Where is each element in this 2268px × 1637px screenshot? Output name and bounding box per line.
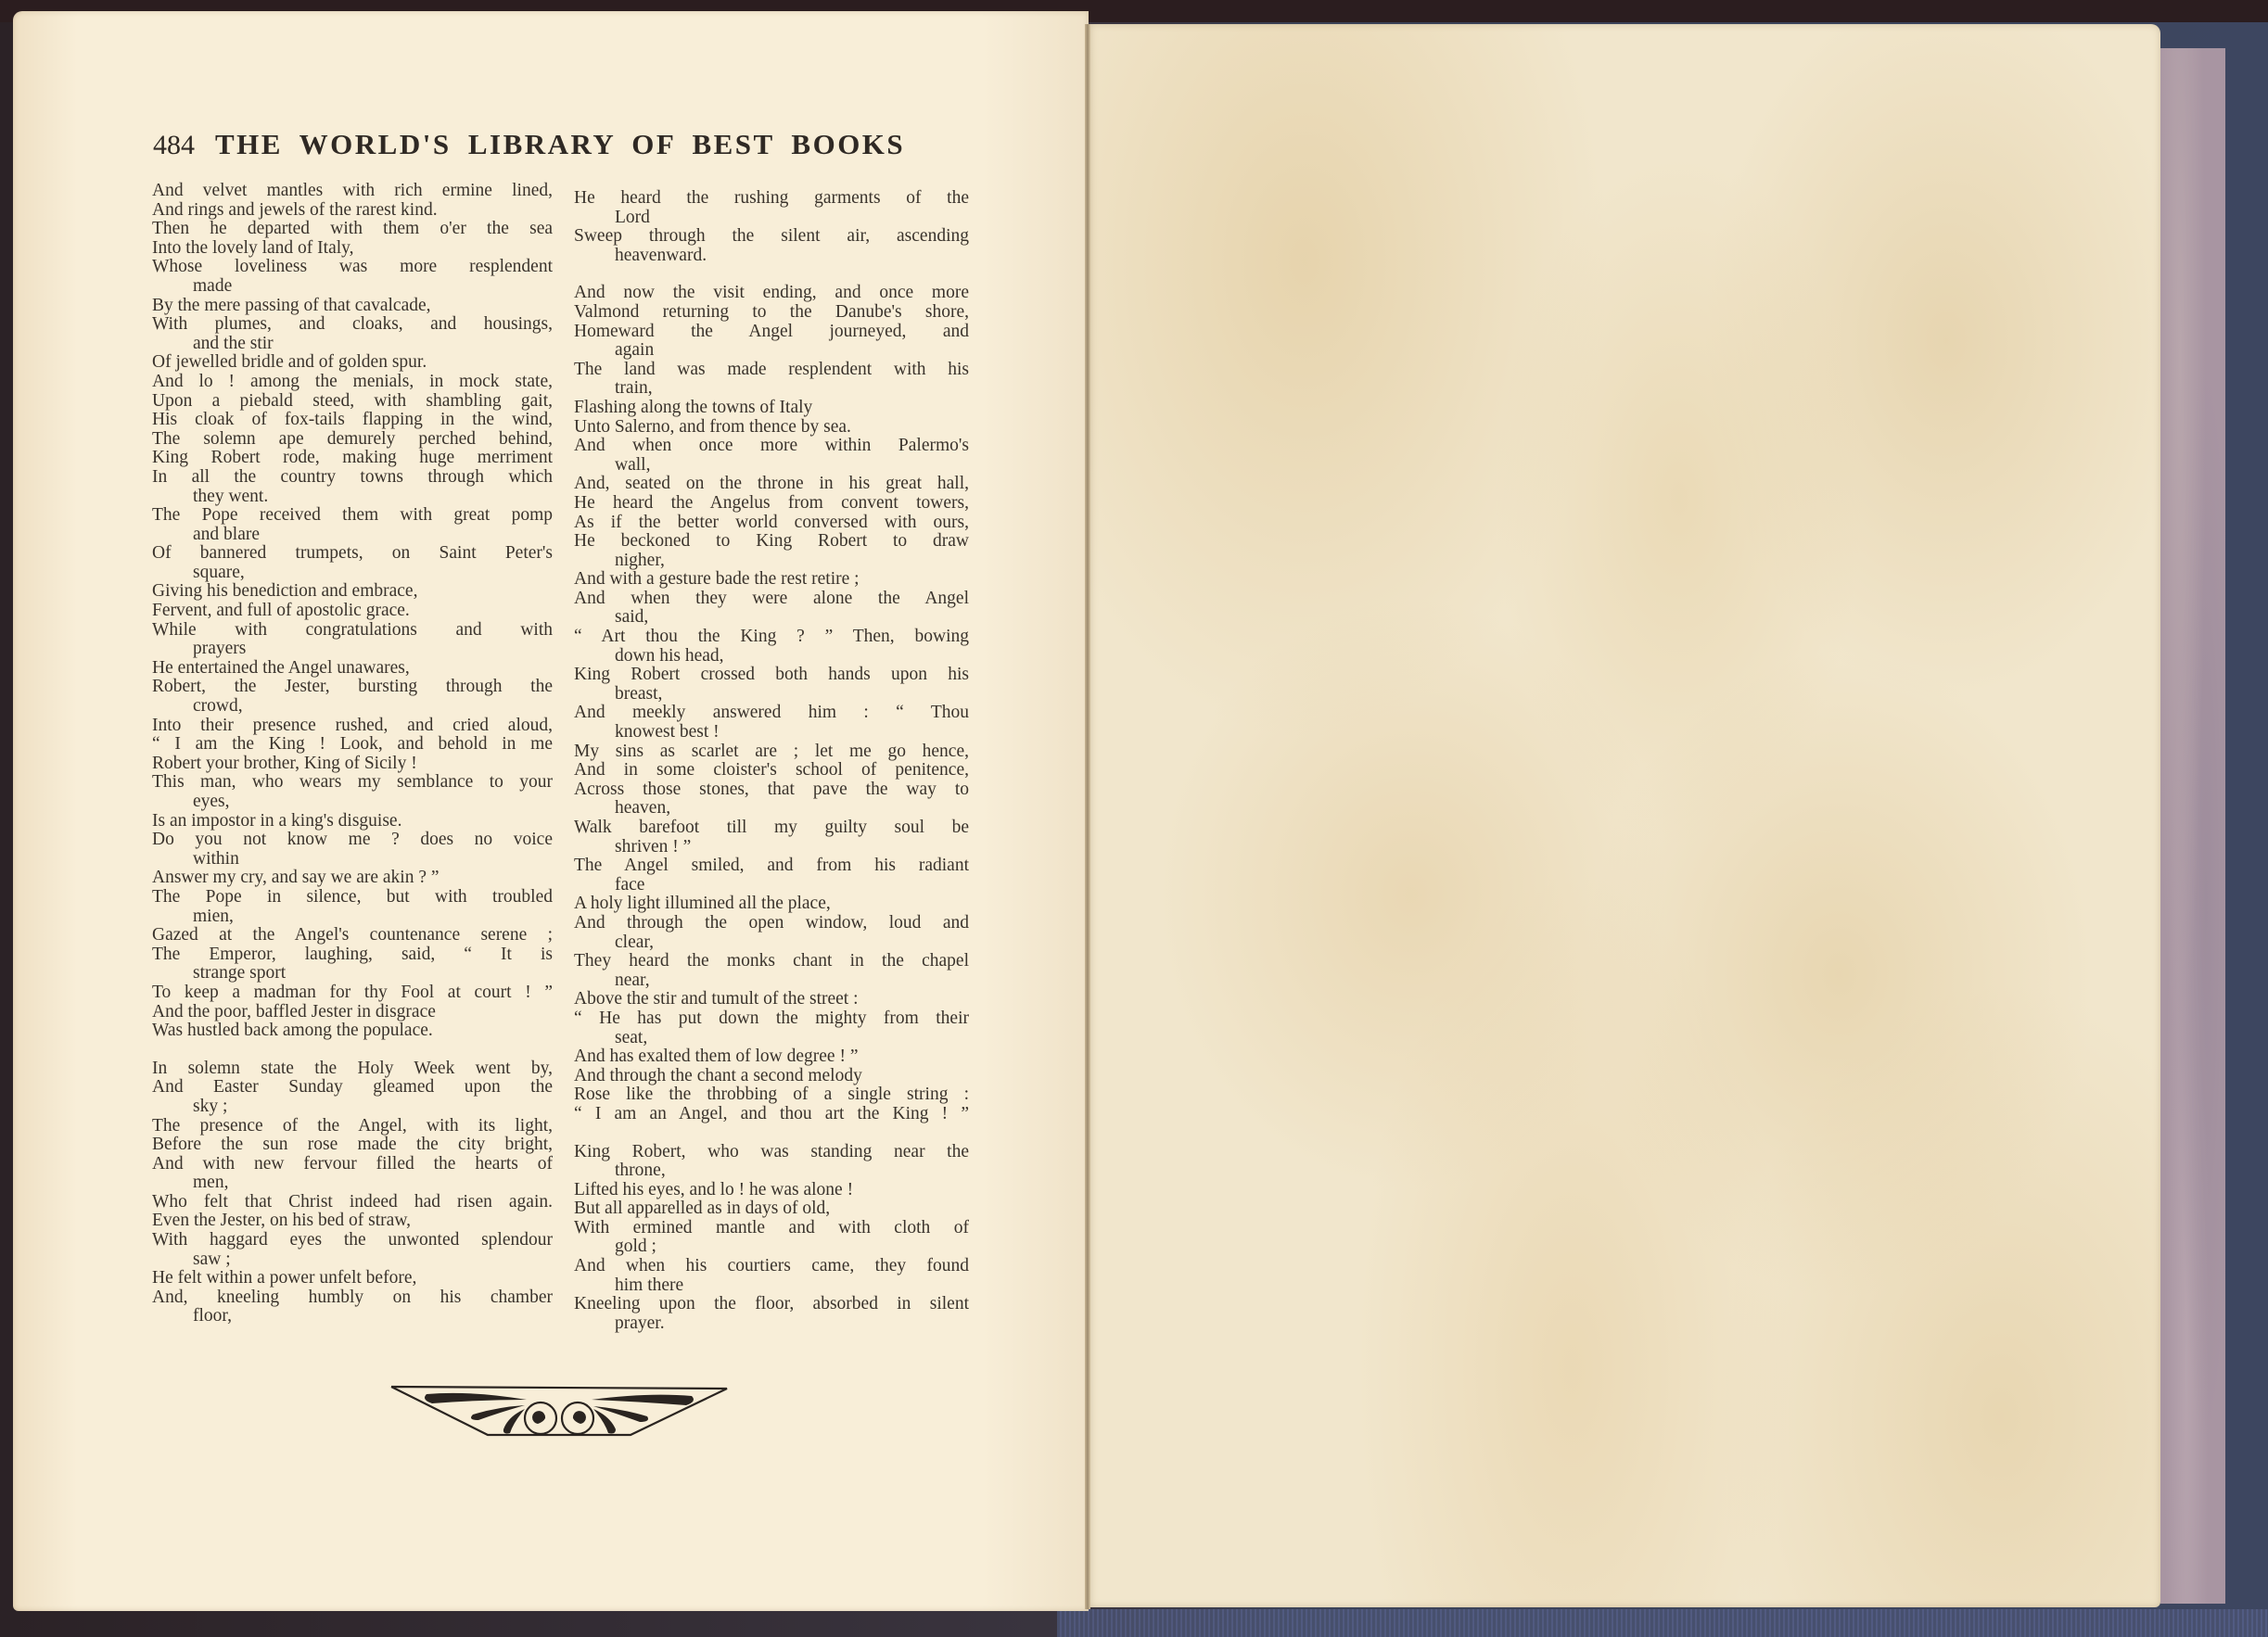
poem-line: Do you not know me ? does no voice: [152, 831, 553, 850]
poem-line: Even the Jester, on his bed of straw,: [152, 1212, 553, 1231]
poem-line-continuation: breast,: [574, 685, 969, 704]
poem-line: In solemn state the Holy Week went by,: [152, 1060, 553, 1079]
poem-line: And has exalted them of low degree ! ”: [574, 1047, 969, 1067]
marbled-endpaper: [2160, 48, 2225, 1604]
poem-line: With haggard eyes the unwonted splendour: [152, 1231, 553, 1250]
poem-line-continuation: him there: [574, 1276, 969, 1296]
poem-line: Robert your brother, King of Sicily !: [152, 755, 553, 774]
poem-line: In all the country towns through which: [152, 468, 553, 488]
poem-line: A holy light illumined all the place,: [574, 895, 969, 914]
poem-line-continuation: floor,: [152, 1307, 553, 1326]
poem-line-continuation: throne,: [574, 1161, 969, 1181]
poem-line-continuation: near,: [574, 971, 969, 991]
poem-line: “ I am an Angel, and thou art the King !…: [574, 1105, 969, 1124]
poem-line: And with a gesture bade the rest retire …: [574, 570, 969, 590]
poem-line: The presence of the Angel, with its ligh…: [152, 1117, 553, 1136]
poem-line-continuation: knowest best !: [574, 723, 969, 742]
poem-line: He entertained the Angel unawares,: [152, 659, 553, 679]
poem-line-continuation: wall,: [574, 456, 969, 476]
poem-line-continuation: sky ;: [152, 1098, 553, 1117]
poem-line: And velvet mantles with rich ermine line…: [152, 182, 553, 201]
poem-line-continuation: made: [152, 277, 553, 297]
poem-line-continuation: and blare: [152, 526, 553, 545]
poem-line-continuation: eyes,: [152, 793, 553, 812]
poem-line: This man, who wears my semblance to your: [152, 773, 553, 793]
poem-line-continuation: men,: [152, 1174, 553, 1193]
poem-line: “ Art thou the King ? ” Then, bowing: [574, 628, 969, 647]
poem-column-left: And velvet mantles with rich ermine line…: [152, 182, 553, 1326]
poem-line: The Pope in silence, but with troubled: [152, 888, 553, 907]
poem-line: Into their presence rushed, and cried al…: [152, 717, 553, 736]
poem-line: And when they were alone the Angel: [574, 590, 969, 609]
poem-line: King Robert rode, making huge merriment: [152, 449, 553, 468]
poem-line: Who felt that Christ indeed had risen ag…: [152, 1193, 553, 1212]
tailpiece-ornament-icon: [388, 1381, 731, 1446]
poem-line-continuation: train,: [574, 379, 969, 399]
poem-line-continuation: said,: [574, 608, 969, 628]
poem-line: Before the sun rose made the city bright…: [152, 1136, 553, 1155]
poem-line: And through the chant a second melody: [574, 1067, 969, 1086]
poem-line: Of jewelled bridle and of golden spur.: [152, 353, 553, 373]
poem-line: The solemn ape demurely perched behind,: [152, 430, 553, 450]
poem-line-continuation: gold ;: [574, 1237, 969, 1257]
poem-line: And lo ! among the menials, in mock stat…: [152, 373, 553, 392]
poem-line: With ermined mantle and with cloth of: [574, 1219, 969, 1238]
poem-line: And through the open window, loud and: [574, 914, 969, 933]
poem-line-continuation: saw ;: [152, 1250, 553, 1270]
right-page-blank: [1090, 24, 2160, 1607]
poem-line: As if the better world conversed with ou…: [574, 514, 969, 533]
poem-line: The Emperor, laughing, said, “ It is: [152, 945, 553, 965]
poem-line-continuation: heaven,: [574, 799, 969, 818]
running-header: 484 THE WORLD'S LIBRARY OF BEST BOOKS: [153, 128, 913, 161]
poem-line: Sweep through the silent air, ascending: [574, 227, 969, 247]
poem-line: Flashing along the towns of Italy: [574, 399, 969, 418]
poem-line: Rose like the throbbing of a single stri…: [574, 1085, 969, 1105]
poem-line: Homeward the Angel journeyed, and: [574, 323, 969, 342]
poem-line: Of bannered trumpets, on Saint Peter's: [152, 544, 553, 564]
poem-line: Robert, the Jester, bursting through the: [152, 678, 553, 697]
poem-line: His cloak of fox-tails flapping in the w…: [152, 411, 553, 430]
poem-line-continuation: Lord: [574, 209, 969, 228]
poem-line: He beckoned to King Robert to draw: [574, 532, 969, 552]
stanza-break: [574, 265, 969, 284]
poem-line-continuation: they went.: [152, 488, 553, 507]
poem-line: My sins as scarlet are ; let me go hence…: [574, 742, 969, 762]
poem-line-continuation: nigher,: [574, 552, 969, 571]
poem-line: Upon a piebald steed, with shambling gai…: [152, 392, 553, 412]
poem-line-continuation: within: [152, 850, 553, 869]
poem-line: And, kneeling humbly on his chamber: [152, 1288, 553, 1308]
poem-line: Above the stir and tumult of the street …: [574, 990, 969, 1009]
poem-line: And rings and jewels of the rarest kind.: [152, 201, 553, 221]
poem-line-continuation: strange sport: [152, 964, 553, 983]
poem-line: And, seated on the throne in his great h…: [574, 475, 969, 494]
poem-line: And in some cloister's school of peniten…: [574, 761, 969, 780]
poem-line: Gazed at the Angel's countenance serene …: [152, 926, 553, 945]
poem-line: King Robert, who was standing near the: [574, 1143, 969, 1162]
poem-line: And now the visit ending, and once more: [574, 284, 969, 303]
poem-line-continuation: crowd,: [152, 697, 553, 717]
poem-line: “ He has put down the mighty from their: [574, 1009, 969, 1029]
poem-line: Kneeling upon the floor, absorbed in sil…: [574, 1295, 969, 1314]
poem-line-continuation: mien,: [152, 907, 553, 927]
poem-line-continuation: face: [574, 876, 969, 895]
poem-line: To keep a madman for thy Fool at court !…: [152, 983, 553, 1003]
poem-line: And the poor, baffled Jester in disgrace: [152, 1003, 553, 1022]
book-gutter: [1085, 24, 1090, 1609]
poem-line: Was hustled back among the populace.: [152, 1022, 553, 1041]
poem-line: The Angel smiled, and from his radiant: [574, 857, 969, 876]
stanza-break: [574, 1124, 969, 1143]
poem-line: By the mere passing of that cavalcade,: [152, 297, 553, 316]
poem-line: He heard the Angelus from convent towers…: [574, 494, 969, 514]
running-title: THE WORLD'S LIBRARY OF BEST BOOKS: [215, 128, 905, 161]
poem-line-continuation: again: [574, 341, 969, 361]
poem-line-continuation: prayers: [152, 640, 553, 659]
poem-line: But all apparelled as in days of old,: [574, 1199, 969, 1219]
poem-line: Unto Salerno, and from thence by sea.: [574, 418, 969, 438]
poem-line: Giving his benediction and embrace,: [152, 582, 553, 602]
poem-line-continuation: heavenward.: [574, 247, 969, 266]
poem-line: “ I am the King ! Look, and behold in me: [152, 735, 553, 755]
poem-line-continuation: square,: [152, 564, 553, 583]
poem-line: Across those stones, that pave the way t…: [574, 780, 969, 800]
poem-line: They heard the monks chant in the chapel: [574, 952, 969, 971]
poem-line: He felt within a power unfelt before,: [152, 1269, 553, 1288]
poem-line: The Pope received them with great pomp: [152, 506, 553, 526]
poem-line: And with new fervour filled the hearts o…: [152, 1155, 553, 1174]
book-cloth-binding: [1057, 1609, 2268, 1637]
poem-line-continuation: seat,: [574, 1029, 969, 1048]
poem-line-continuation: clear,: [574, 933, 969, 953]
poem-line: And when once more within Palermo's: [574, 437, 969, 456]
poem-line: Whose loveliness was more resplendent: [152, 258, 553, 277]
poem-line-continuation: down his head,: [574, 647, 969, 666]
poem-line: King Robert crossed both hands upon his: [574, 666, 969, 685]
poem-line-continuation: and the stir: [152, 335, 553, 354]
page-number: 484: [153, 130, 195, 161]
poem-line: Then he departed with them o'er the sea: [152, 220, 553, 239]
poem-line-continuation: prayer.: [574, 1314, 969, 1334]
poem-line: He heard the rushing garments of the: [574, 189, 969, 209]
poem-line: Is an impostor in a king's disguise.: [152, 812, 553, 831]
poem-line: With plumes, and cloaks, and housings,: [152, 315, 553, 335]
poem-line: And meekly answered him : “ Thou: [574, 704, 969, 723]
poem-line: Fervent, and full of apostolic grace.: [152, 602, 553, 621]
poem-line: Answer my cry, and say we are akin ? ”: [152, 869, 553, 888]
poem-line: The land was made resplendent with his: [574, 361, 969, 380]
poem-line: Valmond returning to the Danube's shore,: [574, 303, 969, 323]
poem-line: While with congratulations and with: [152, 621, 553, 641]
poem-line: Into the lovely land of Italy,: [152, 239, 553, 259]
poem-line: And when his courtiers came, they found: [574, 1257, 969, 1276]
poem-line: Lifted his eyes, and lo ! he was alone !: [574, 1181, 969, 1200]
stanza-break: [152, 1041, 553, 1060]
poem-line-continuation: shriven ! ”: [574, 838, 969, 857]
poem-line: Walk barefoot till my guilty soul be: [574, 818, 969, 838]
poem-line: And Easter Sunday gleamed upon the: [152, 1078, 553, 1098]
poem-column-right: He heard the rushing garments of theLord…: [574, 189, 969, 1333]
